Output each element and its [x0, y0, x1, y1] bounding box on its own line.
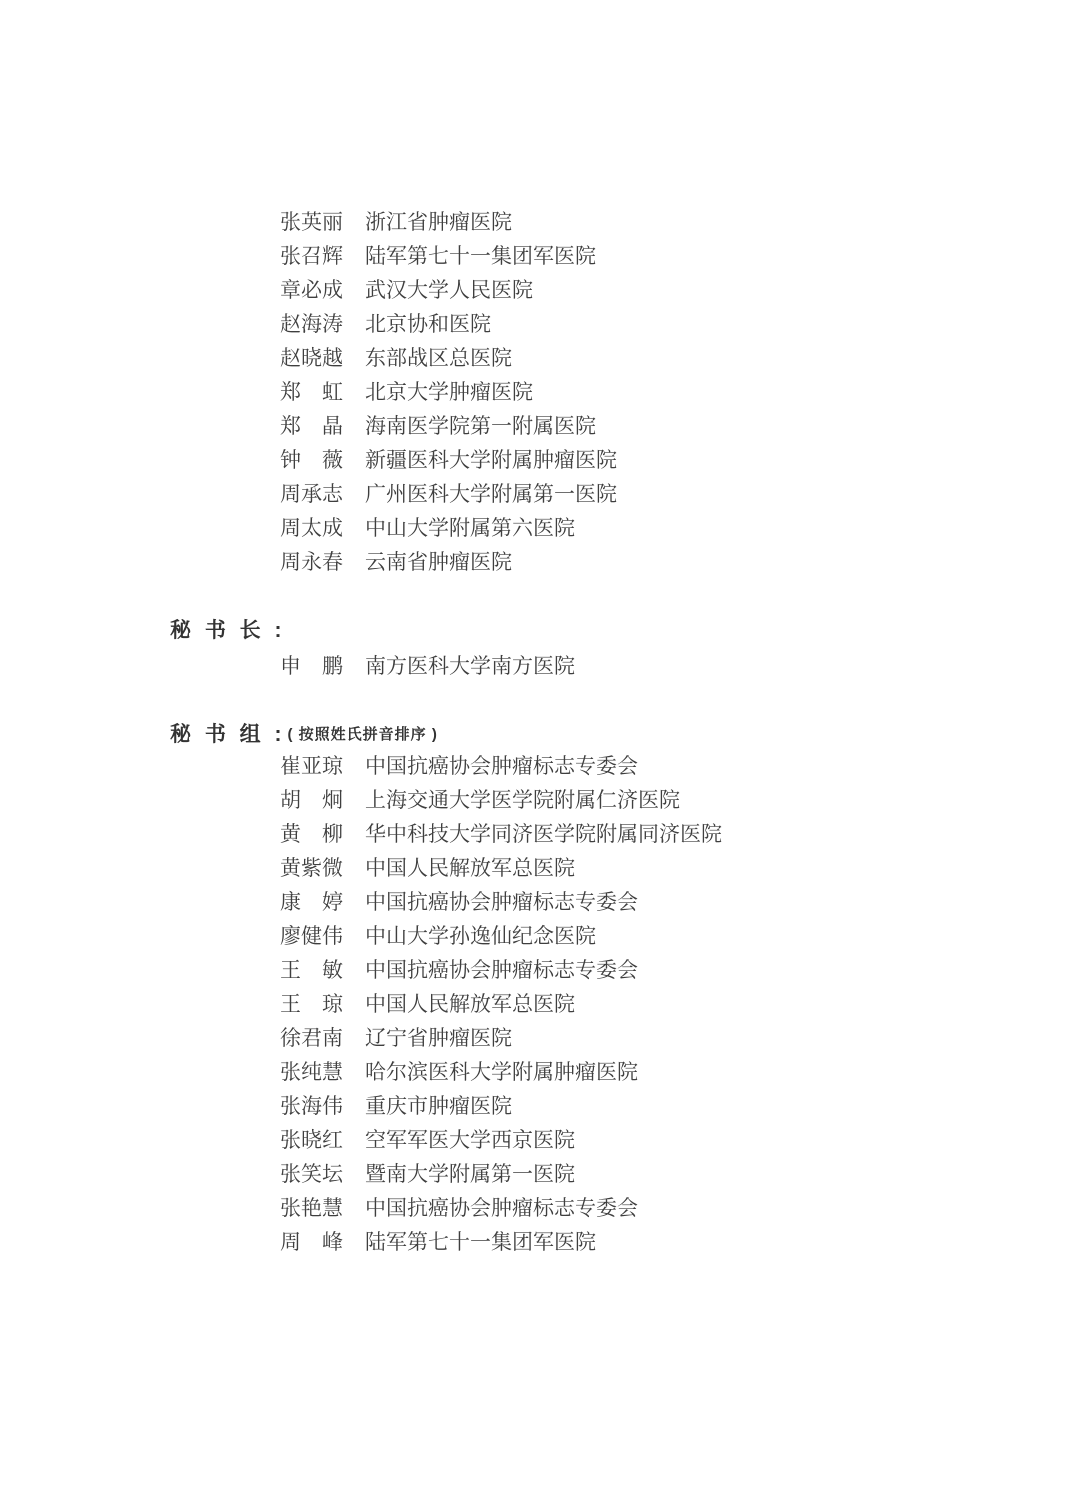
member-affiliation: 中山大学附属第六医院	[365, 511, 575, 545]
member-affiliation: 中国人民解放军总医院	[365, 987, 575, 1021]
member-affiliation: 陆军第七十一集团军医院	[365, 1225, 596, 1259]
member-affiliation: 北京大学肿瘤医院	[365, 375, 533, 409]
member-name: 张英丽	[280, 205, 344, 239]
member-affiliation: 东部战区总医院	[365, 341, 512, 375]
member-name: 黄 柳	[280, 817, 344, 851]
member-row: 徐君南辽宁省肿瘤医院	[280, 1021, 722, 1055]
member-affiliation: 中国抗癌协会肿瘤标志专委会	[365, 953, 638, 987]
member-affiliation: 中国抗癌协会肿瘤标志专委会	[365, 885, 638, 919]
member-row: 周永春云南省肿瘤医院	[280, 545, 617, 579]
member-affiliation: 哈尔滨医科大学附属肿瘤医院	[365, 1055, 638, 1089]
member-affiliation: 南方医科大学南方医院	[365, 649, 575, 683]
member-affiliation: 陆军第七十一集团军医院	[365, 239, 596, 273]
member-row: 郑 虹北京大学肿瘤医院	[280, 375, 617, 409]
member-row: 周 峰陆军第七十一集团军医院	[280, 1225, 722, 1259]
member-name: 赵晓越	[280, 341, 344, 375]
member-name: 胡 炯	[280, 783, 344, 817]
member-name: 章必成	[280, 273, 344, 307]
member-affiliation: 中国抗癌协会肿瘤标志专委会	[365, 1191, 638, 1225]
member-affiliation: 中山大学孙逸仙纪念医院	[365, 919, 596, 953]
document-page: 张英丽浙江省肿瘤医院张召辉陆军第七十一集团军医院章必成武汉大学人民医院赵海涛北京…	[0, 0, 1080, 1504]
secretary-general-list: 申 鹏南方医科大学南方医院	[280, 649, 575, 683]
secretary-general-heading: 秘 书 长 :	[170, 614, 286, 648]
member-name: 徐君南	[280, 1021, 344, 1055]
member-row: 郑 晶海南医学院第一附属医院	[280, 409, 617, 443]
member-name: 张纯慧	[280, 1055, 344, 1089]
member-name: 周太成	[280, 511, 344, 545]
member-name: 周 峰	[280, 1225, 344, 1259]
member-name: 张笑坛	[280, 1157, 344, 1191]
member-row: 康 婷中国抗癌协会肿瘤标志专委会	[280, 885, 722, 919]
member-affiliation: 辽宁省肿瘤医院	[365, 1021, 512, 1055]
member-name: 申 鹏	[280, 649, 344, 683]
member-name: 张晓红	[280, 1123, 344, 1157]
member-name: 钟 薇	[280, 443, 344, 477]
member-row: 王 敏中国抗癌协会肿瘤标志专委会	[280, 953, 722, 987]
member-name: 周永春	[280, 545, 344, 579]
member-affiliation: 重庆市肿瘤医院	[365, 1089, 512, 1123]
secretary-general-heading-label: 秘 书 长 :	[170, 614, 286, 648]
member-row: 申 鹏南方医科大学南方医院	[280, 649, 575, 683]
member-affiliation: 华中科技大学同济医学院附属同济医院	[365, 817, 722, 851]
member-affiliation: 空军军医大学西京医院	[365, 1123, 575, 1157]
member-row: 张召辉陆军第七十一集团军医院	[280, 239, 617, 273]
member-row: 张艳慧中国抗癌协会肿瘤标志专委会	[280, 1191, 722, 1225]
member-name: 廖健伟	[280, 919, 344, 953]
member-name: 崔亚琼	[280, 749, 344, 783]
member-row: 章必成武汉大学人民医院	[280, 273, 617, 307]
member-affiliation: 广州医科大学附属第一医院	[365, 477, 617, 511]
member-row: 张笑坛暨南大学附属第一医院	[280, 1157, 722, 1191]
member-row: 张海伟重庆市肿瘤医院	[280, 1089, 722, 1123]
member-affiliation: 暨南大学附属第一医院	[365, 1157, 575, 1191]
member-affiliation: 北京协和医院	[365, 307, 491, 341]
member-row: 黄 柳华中科技大学同济医学院附属同济医院	[280, 817, 722, 851]
secretary-group-heading: 秘 书 组 : ( 按照姓氏拼音排序 )	[170, 718, 438, 752]
secretary-group-sort-note: ( 按照姓氏拼音排序 )	[288, 718, 438, 752]
member-name: 赵海涛	[280, 307, 344, 341]
member-name: 周承志	[280, 477, 344, 511]
member-name: 王 敏	[280, 953, 344, 987]
member-name: 郑 晶	[280, 409, 344, 443]
member-affiliation: 浙江省肿瘤医院	[365, 205, 512, 239]
member-name: 王 琼	[280, 987, 344, 1021]
secretary-group-list: 崔亚琼中国抗癌协会肿瘤标志专委会胡 炯上海交通大学医学院附属仁济医院黄 柳华中科…	[280, 749, 722, 1259]
member-affiliation: 中国抗癌协会肿瘤标志专委会	[365, 749, 638, 783]
secretary-group-heading-label: 秘 书 组 :	[170, 718, 286, 752]
member-name: 张艳慧	[280, 1191, 344, 1225]
member-name: 黄紫微	[280, 851, 344, 885]
member-row: 钟 薇新疆医科大学附属肿瘤医院	[280, 443, 617, 477]
member-name: 张召辉	[280, 239, 344, 273]
member-row: 崔亚琼中国抗癌协会肿瘤标志专委会	[280, 749, 722, 783]
member-affiliation: 海南医学院第一附属医院	[365, 409, 596, 443]
member-name: 郑 虹	[280, 375, 344, 409]
member-row: 张纯慧哈尔滨医科大学附属肿瘤医院	[280, 1055, 722, 1089]
member-affiliation: 新疆医科大学附属肿瘤医院	[365, 443, 617, 477]
member-name: 康 婷	[280, 885, 344, 919]
member-row: 张晓红空军军医大学西京医院	[280, 1123, 722, 1157]
member-row: 黄紫微中国人民解放军总医院	[280, 851, 722, 885]
member-row: 赵海涛北京协和医院	[280, 307, 617, 341]
member-row: 张英丽浙江省肿瘤医院	[280, 205, 617, 239]
member-row: 周太成中山大学附属第六医院	[280, 511, 617, 545]
member-affiliation: 中国人民解放军总医院	[365, 851, 575, 885]
member-affiliation: 上海交通大学医学院附属仁济医院	[365, 783, 680, 817]
member-affiliation: 武汉大学人民医院	[365, 273, 533, 307]
member-name: 张海伟	[280, 1089, 344, 1123]
member-row: 赵晓越东部战区总医院	[280, 341, 617, 375]
member-row: 周承志广州医科大学附属第一医院	[280, 477, 617, 511]
committee-member-list: 张英丽浙江省肿瘤医院张召辉陆军第七十一集团军医院章必成武汉大学人民医院赵海涛北京…	[280, 205, 617, 579]
member-row: 胡 炯上海交通大学医学院附属仁济医院	[280, 783, 722, 817]
member-affiliation: 云南省肿瘤医院	[365, 545, 512, 579]
member-row: 王 琼中国人民解放军总医院	[280, 987, 722, 1021]
member-row: 廖健伟中山大学孙逸仙纪念医院	[280, 919, 722, 953]
